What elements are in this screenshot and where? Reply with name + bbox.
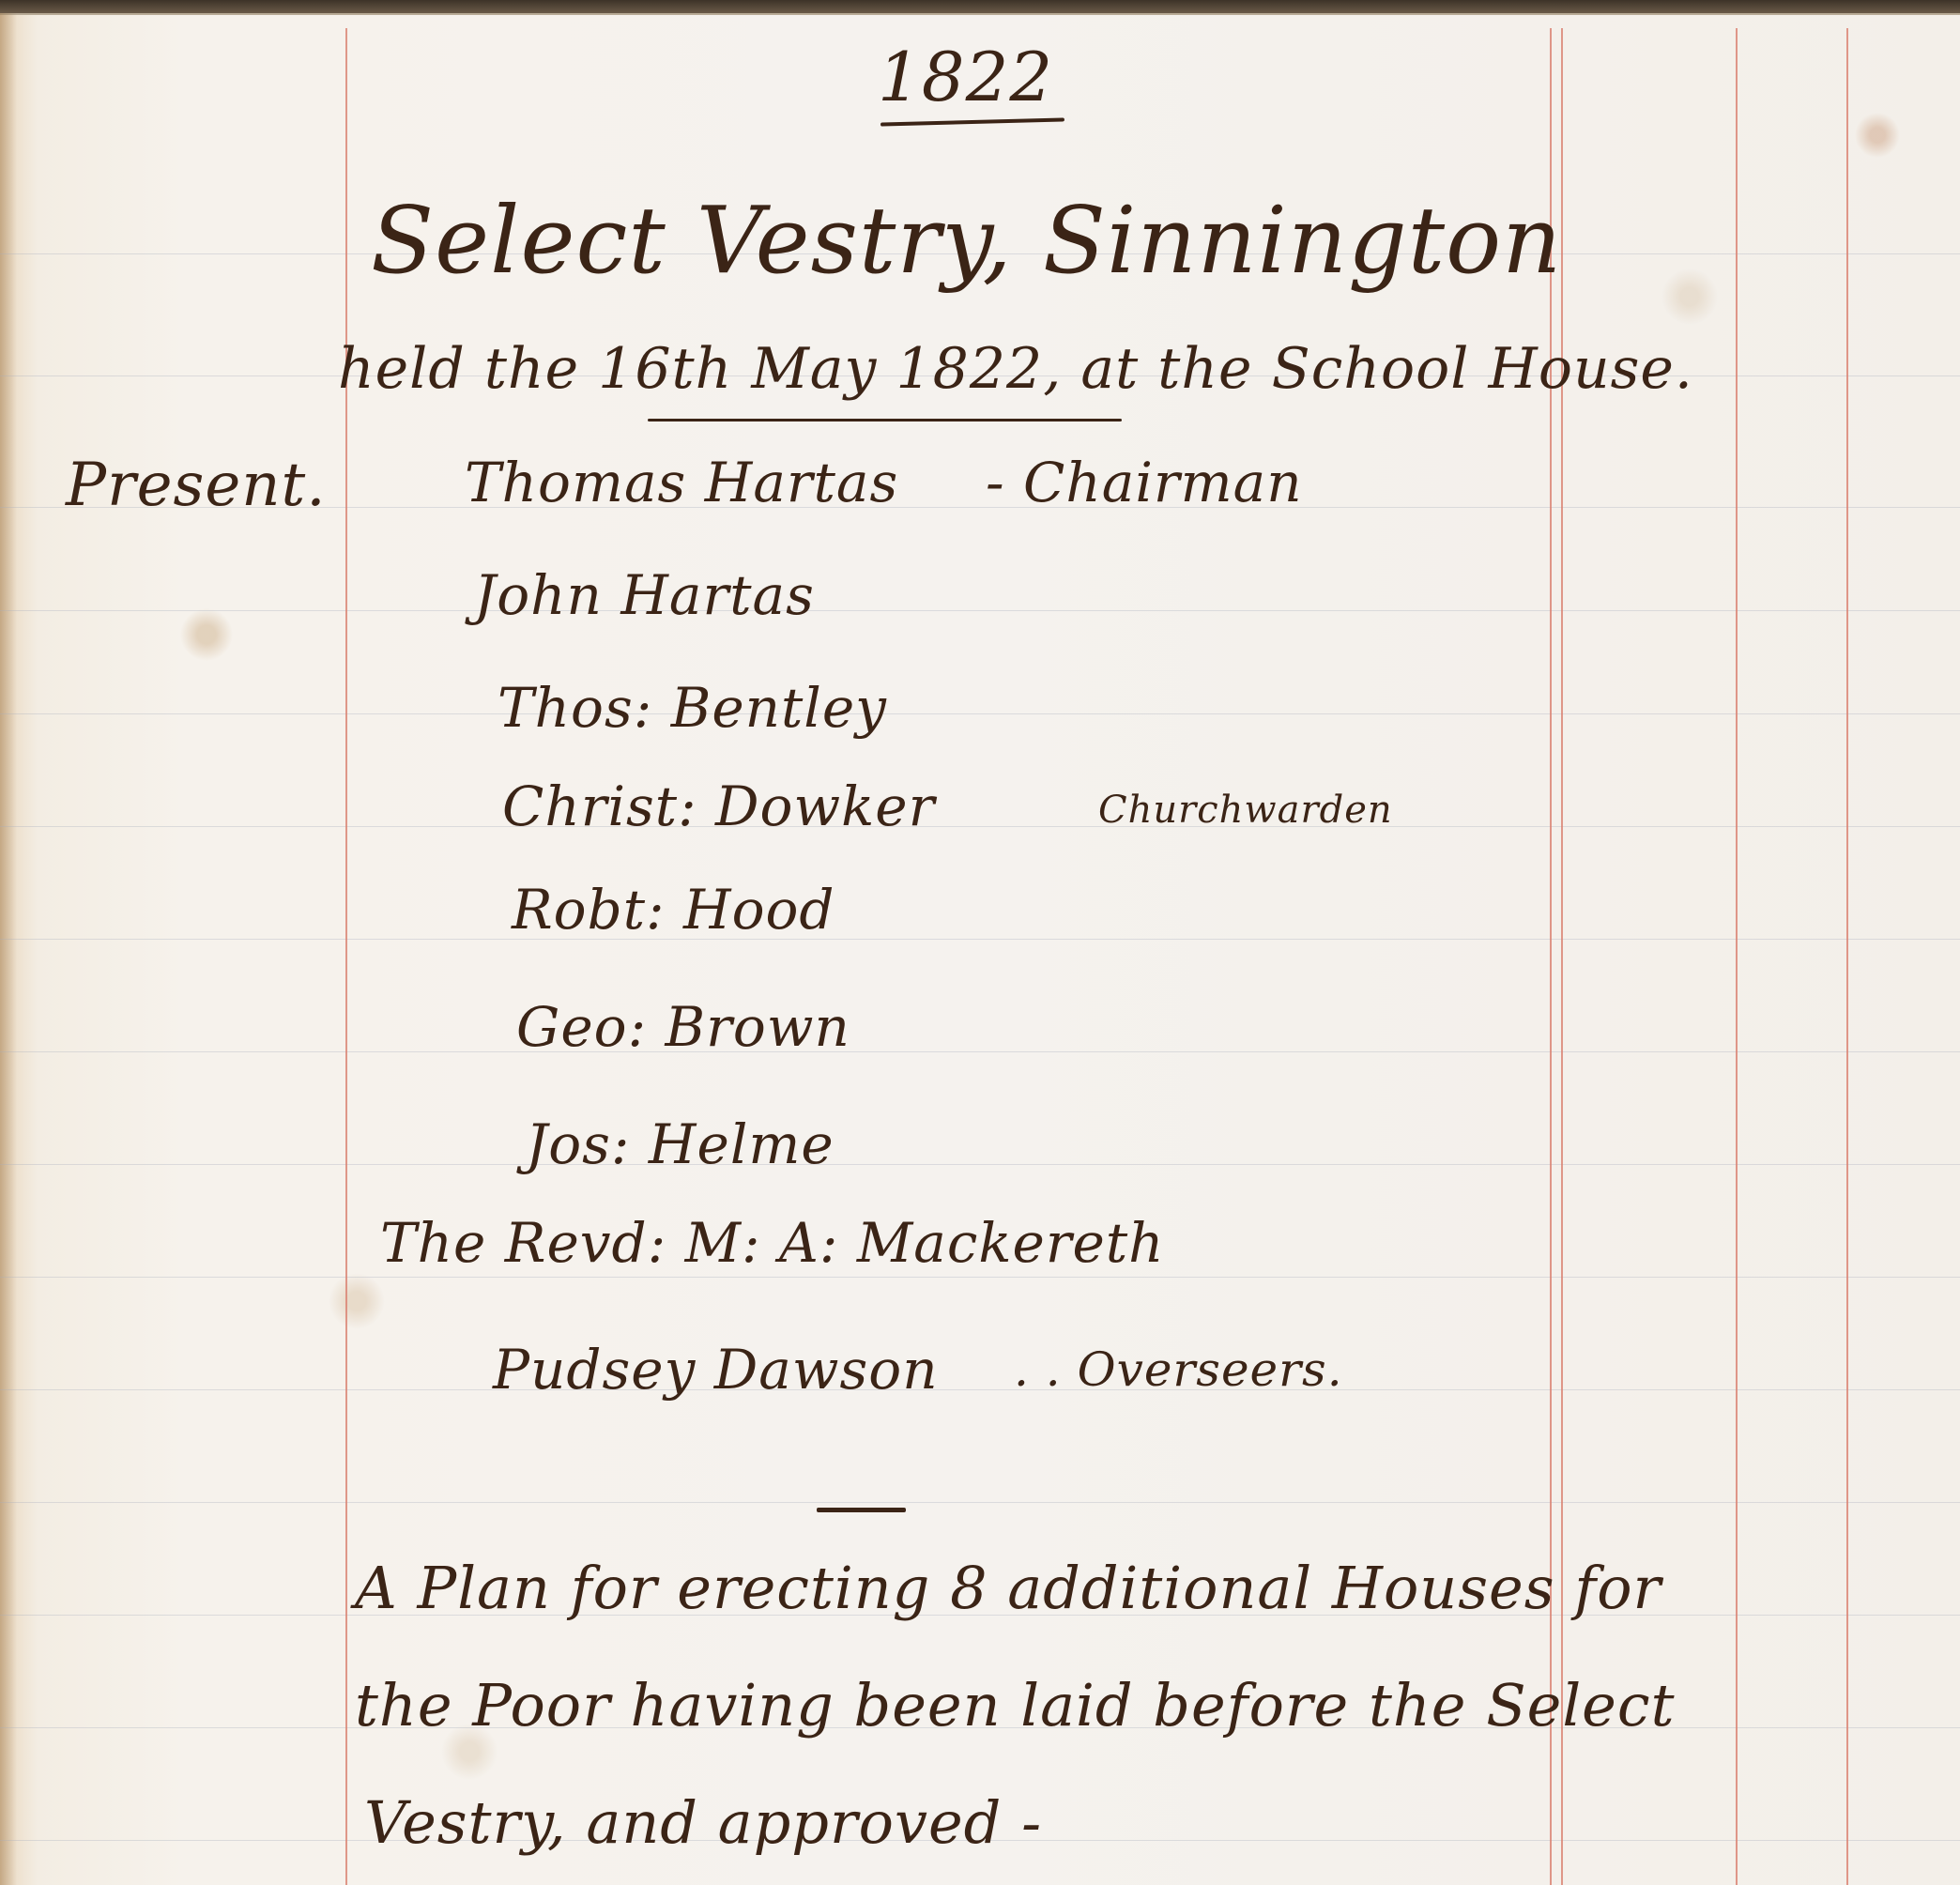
present-label: Present.: [66, 451, 327, 520]
attendee-role: - Chairman: [986, 451, 1303, 514]
left-margin-line: [345, 28, 347, 1885]
column-line-2: [1736, 28, 1738, 1885]
attendee-name: Thomas Hartas: [465, 451, 898, 514]
attendee-name: Robt: Hood: [512, 878, 835, 942]
attendee-name: The Revd: M: A: Mackereth: [380, 1211, 1165, 1275]
attendee-name: Pudsey Dawson: [493, 1338, 939, 1402]
attendee-name: John Hartas: [474, 563, 815, 627]
attendee-name: Geo: Brown: [516, 995, 850, 1059]
section-separator: [817, 1508, 906, 1512]
resolution-line: the Poor having been laid before the Sel…: [355, 1671, 1676, 1739]
book-binding-edge: [0, 0, 1960, 13]
year-heading: 1822: [878, 38, 1053, 116]
page-gutter-shadow: [0, 13, 17, 1885]
date-underline: [648, 419, 1122, 421]
attendee-name: Jos: Helme: [526, 1112, 835, 1176]
attendee-role: . . Overseers.: [1014, 1342, 1343, 1397]
page-title: Select Vestry, Sinnington: [371, 188, 1562, 295]
meeting-details: held the 16th May 1822, at the School Ho…: [338, 336, 1693, 402]
resolution-line: Vestry, and approved -: [364, 1788, 1042, 1857]
column-line-3: [1846, 28, 1848, 1885]
attendee-name: Thos: Bentley: [498, 676, 887, 740]
attendee-role: Churchwarden: [1098, 789, 1393, 832]
attendee-name: Christ: Dowker: [502, 774, 935, 838]
resolution-line: A Plan for erecting 8 additional Houses …: [355, 1554, 1661, 1622]
